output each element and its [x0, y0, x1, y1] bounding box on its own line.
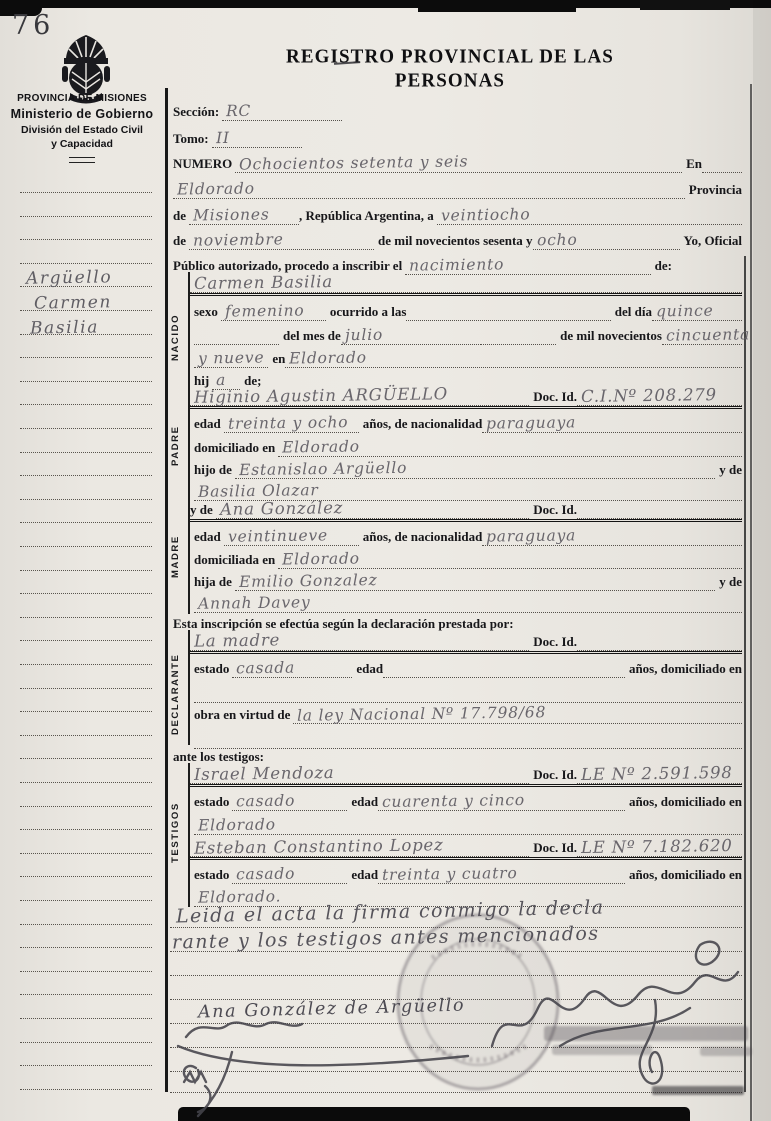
madre-edad-field: veintinueve — [224, 528, 359, 546]
domiciliado-label: domiciliado en — [194, 440, 278, 457]
letterhead-province: PROVINCIA DE MISIONES — [5, 93, 159, 104]
section-label-testigos: TESTIGOS — [170, 788, 187, 878]
margin-ruled-line — [20, 263, 152, 264]
de2-label: de — [173, 233, 189, 250]
abuelo-materno-field: Emilio Gonzalez — [235, 573, 715, 591]
padre-nacionalidad-field: paraguaya — [482, 415, 742, 433]
margin-ruled-line — [20, 688, 152, 689]
numero-field: Ochocientos setenta y seis — [235, 155, 682, 173]
mes-label: del mes de — [279, 328, 341, 345]
margin-ruled-line — [20, 1089, 152, 1090]
blank-field — [194, 344, 279, 345]
edad-label: edad — [352, 661, 383, 678]
estado-value: casada — [232, 660, 299, 677]
section-label-declarante: DECLARANTE — [170, 648, 187, 740]
madre-domicilio-field: Eldorado — [278, 551, 742, 569]
hora-field — [406, 320, 610, 321]
nombre-value: Carmen Basilia — [190, 274, 337, 292]
docid-label: Doc. Id. — [529, 389, 577, 406]
testigo1-estado-field: casado — [232, 793, 347, 811]
mes-value: noviembre — [189, 231, 288, 248]
blank-field — [481, 344, 556, 345]
testigo2-estado-value: casado — [232, 866, 299, 883]
margin-ruled-line — [20, 499, 152, 500]
row-madre-domicilio: domiciliada en Eldorado — [194, 548, 742, 569]
estado-label: estado — [194, 794, 232, 811]
row-nacido-nombre: Carmen Basilia — [190, 272, 742, 296]
tomo-field: II — [212, 130, 302, 148]
testigo1-docid-field: LE Nº 2.591.598 — [577, 766, 742, 784]
seccion-value: RC — [222, 103, 255, 119]
abuela-materna-value: Annah Davey — [194, 594, 315, 612]
numero-label: NUMERO — [173, 156, 235, 173]
dia-value: veintiocho — [437, 206, 535, 223]
numero-value: Ochocientos setenta y seis — [235, 153, 473, 172]
margin-ruled-line — [20, 1018, 152, 1019]
docid-label: Doc. Id. — [529, 634, 577, 651]
letterhead-separator — [69, 157, 95, 163]
madre-nacionalidad-field: paraguaya — [482, 528, 742, 546]
dia-field: quince — [652, 303, 742, 321]
letterhead: PROVINCIA DE MISIONES Ministerio de Gobi… — [5, 93, 159, 163]
abuelo-materno-value: Emilio Gonzalez — [235, 572, 382, 590]
lugar-field: Eldorado — [285, 350, 742, 368]
dia-field: veintiocho — [437, 207, 742, 225]
row-madre-edad: edad veintinueve años, de nacionalidad p… — [194, 525, 742, 546]
anio-value: ocho — [532, 232, 581, 249]
row-provincia: de Misiones , República Argentina, a vei… — [173, 204, 742, 225]
provincia-field: Misiones — [189, 207, 299, 225]
row-sexo: sexo femenino ocurrido a las del día qui… — [194, 300, 742, 321]
margin-ruled-line — [20, 617, 152, 618]
novecientos-label: de mil novecientos sesenta y — [374, 233, 533, 250]
margin-ruled-line — [20, 806, 152, 807]
estado-label: estado — [194, 661, 232, 678]
mes-field: julio — [341, 327, 481, 345]
lugar-value: Eldorado — [285, 349, 371, 366]
section-label-madre: MADRE — [170, 523, 187, 591]
row-declarante: La madre Doc. Id. — [190, 630, 742, 654]
margin-ruled-line — [20, 475, 152, 476]
edad-field — [383, 677, 625, 678]
row-madre-abuela: Annah Davey — [194, 592, 742, 613]
anios-domiciliado-label: años, domiciliado en — [625, 867, 742, 884]
margin-ruled-line — [20, 876, 152, 877]
margin-ruled-line — [20, 758, 152, 759]
de-label: de — [173, 208, 189, 225]
scan-blot — [640, 0, 730, 10]
margin-ruled-line — [20, 924, 152, 925]
en-field — [702, 172, 742, 173]
margin-ruled-line — [20, 994, 152, 995]
margin-ruled-line — [20, 782, 152, 783]
margin-ruled-line — [20, 216, 152, 217]
testigo1-domicilio-value: Eldorado — [194, 816, 280, 833]
row-fecha: de noviembre de mil novecientos sesenta … — [173, 229, 742, 250]
padre-nacionalidad-value: paraguaya — [482, 414, 580, 431]
padre-docid-value: C.I.Nº 208.279 — [577, 387, 721, 405]
edad-label: edad — [347, 867, 378, 884]
margin-surname: Argüello — [26, 267, 113, 289]
abuelo-paterno-value: Estanislao Argüello — [235, 460, 411, 478]
birth-certificate-scan: 76 REGISTRO PROVINCIAL DE LAS PERSONAS P… — [0, 0, 771, 1121]
docid-label: Doc. Id. — [529, 502, 577, 519]
hija-de-label: hija de — [194, 574, 235, 591]
row-testigo2-estado: estado casado edad treinta y cuatro años… — [194, 863, 742, 884]
row-madre-nombre: y de Ana González Doc. Id. — [190, 498, 742, 522]
margin-ruled-line — [20, 570, 152, 571]
abuela-materna-field: Annah Davey — [194, 595, 742, 613]
dia-value: quince — [652, 303, 718, 320]
ocurrido-label: ocurrido a las — [326, 304, 407, 321]
testigo2-docid-field: LE Nº 7.182.620 — [577, 839, 742, 857]
anio-field: cincuenta — [662, 327, 742, 345]
row-testigo1-estado: estado casado edad cuarenta y cinco años… — [194, 790, 742, 811]
provincia-label: Provincia — [685, 182, 742, 199]
edad-label: edad — [194, 416, 224, 433]
row-padre-edad: edad treinta y ocho años, de nacionalida… — [194, 412, 742, 433]
row-tomo: Tomo: II — [173, 127, 742, 148]
declarante-value: La madre — [190, 632, 284, 649]
scan-edge-right — [753, 0, 771, 1121]
form-divider-line — [165, 88, 168, 1092]
margin-ruled-line — [20, 381, 152, 382]
padre-nombre-value: Higinio Agustin ARGÜELLO — [190, 386, 452, 406]
y-de-label: y de — [715, 574, 742, 591]
docid-label: Doc. Id. — [529, 840, 577, 857]
en-label: En — [682, 156, 702, 173]
anio-value: cincuenta — [662, 326, 754, 343]
anios-domiciliado-label: años, domiciliado en — [625, 794, 742, 811]
margin-ruled-line — [20, 452, 152, 453]
norma-field: la ley Nacional Nº 17.798/68 — [293, 706, 742, 724]
madre-nombre-value: Ana González — [216, 500, 347, 518]
tomo-label: Tomo: — [173, 131, 212, 148]
obra-label: obra en virtud de — [194, 707, 293, 724]
testigo2-docid-value: LE Nº 7.182.620 — [577, 838, 737, 856]
margin-ruled-line — [20, 640, 152, 641]
margin-ruled-line — [20, 829, 152, 830]
lugar-field: Eldorado — [173, 181, 685, 199]
testigo1-docid-value: LE Nº 2.591.598 — [577, 765, 737, 783]
seccion-label: Sección: — [173, 104, 222, 121]
declarante-field: La madre — [190, 633, 529, 651]
margin-ruled-line — [20, 192, 152, 193]
madre-nacionalidad-value: paraguaya — [482, 527, 580, 544]
testigo1-edad-value: cuarenta y cinco — [378, 792, 529, 810]
hijo-de-label: hijo de — [194, 462, 235, 479]
padre-edad-field: treinta y ocho — [224, 415, 359, 433]
padre-domicilio-value: Eldorado — [278, 438, 364, 455]
margin-ruled-line — [20, 1065, 152, 1066]
tomo-value: II — [212, 130, 234, 146]
padre-nombre-field: Higinio Agustin ARGÜELLO — [190, 388, 529, 406]
anio-field: ocho — [533, 232, 680, 250]
row-testigo2: Esteban Constantino Lopez Doc. Id. LE Nº… — [190, 836, 742, 860]
madre-edad-value: veintinueve — [224, 527, 332, 545]
declarante-docid-field — [577, 650, 742, 651]
testigo2-edad-value: treinta y cuatro — [378, 865, 522, 883]
row-blank — [194, 682, 742, 703]
margin-firstname: Carmen — [34, 292, 112, 313]
anios-domiciliado-label: años, domiciliado en — [625, 661, 742, 678]
row-padre-abuelo: hijo de Estanislao Argüello y de — [194, 458, 742, 479]
testigo1-estado-value: casado — [232, 793, 299, 810]
margin-ruled-line — [20, 735, 152, 736]
sexo-field: femenino — [221, 303, 326, 321]
edad-label: edad — [194, 529, 224, 546]
page-number: 76 — [12, 10, 54, 41]
margin-ruled-line — [20, 900, 152, 901]
margin-ruled-line — [20, 522, 152, 523]
margin-ruled-line — [20, 357, 152, 358]
sexo-value: femenino — [221, 302, 309, 319]
margin-ruled-line — [20, 428, 152, 429]
ruled-line — [170, 1023, 742, 1024]
margin-ruled-line — [20, 971, 152, 972]
republica-label: , República Argentina, a — [299, 208, 437, 225]
row-padre-nombre: Higinio Agustin ARGÜELLO Doc. Id. C.I.Nº… — [190, 385, 742, 409]
row-mes: del mes de julio de mil novecientos cinc… — [194, 324, 742, 345]
margin-ruled-line — [20, 853, 152, 854]
y-de-label: y de — [190, 502, 216, 519]
testigo1-nombre-value: Israel Mendoza — [190, 765, 339, 783]
testigo1-nombre-field: Israel Mendoza — [190, 766, 529, 784]
testigo2-estado-field: casado — [232, 866, 347, 884]
norma-value: la ley Nacional Nº 17.798/68 — [293, 704, 550, 724]
page-title: REGISTRO PROVINCIAL DE LAS PERSONAS — [248, 45, 652, 93]
testigo2-nombre-value: Esteban Constantino Lopez — [190, 837, 448, 857]
row-lugar: Eldorado Provincia — [173, 178, 742, 199]
row-seccion: Sección: RC — [173, 100, 742, 121]
testigo2-nombre-field: Esteban Constantino Lopez — [190, 839, 529, 857]
section-label-nacido: NACIDO — [170, 295, 187, 379]
margin-ruled-line — [20, 1042, 152, 1043]
row-declarante-estado: estado casada edad años, domiciliado en — [194, 657, 742, 678]
margin-ruled-line — [20, 947, 152, 948]
mes-field: noviembre — [189, 232, 374, 250]
letterhead-division2: y Capacidad — [5, 138, 159, 150]
nombre-field: Carmen Basilia — [190, 275, 742, 293]
provincia-value: Misiones — [189, 206, 274, 223]
docid-label: Doc. Id. — [529, 767, 577, 784]
margin-ruled-line — [20, 546, 152, 547]
margin-ruled-line — [20, 664, 152, 665]
margin-ruled-line — [20, 239, 152, 240]
padre-domicilio-field: Eldorado — [278, 439, 742, 457]
anio2-value: y nueve — [194, 349, 269, 366]
margin-ruled-line — [20, 711, 152, 712]
row-padre-domicilio: domiciliado en Eldorado — [194, 436, 742, 457]
edad-label: edad — [347, 794, 378, 811]
letterhead-ministry: Ministerio de Gobierno — [5, 107, 159, 121]
scan-blot — [418, 0, 576, 12]
margin-ruled-line — [20, 404, 152, 405]
y-de-label: y de — [715, 462, 742, 479]
margin-middlename: Basilia — [30, 317, 99, 338]
testigo2-edad-field: treinta y cuatro — [378, 866, 625, 884]
row-numero: NUMERO Ochocientos setenta y seis En — [173, 152, 742, 173]
scan-edge-bottom — [178, 1107, 690, 1121]
testigo1-domicilio-field: Eldorado — [194, 817, 742, 835]
ruled-line — [170, 1092, 742, 1093]
novecientos-label: de mil novecientos — [556, 328, 662, 345]
madre-docid-field — [577, 518, 742, 519]
mes-value: julio — [341, 327, 387, 344]
padre-docid-field: C.I.Nº 208.279 — [577, 388, 742, 406]
row-lugar-nac: y nueve en Eldorado — [194, 347, 742, 368]
letterhead-division: División del Estado Civil — [5, 124, 159, 136]
ruled-line — [170, 1047, 742, 1048]
abuelo-paterno-field: Estanislao Argüello — [235, 461, 715, 479]
row-testigo1-domicilio: Eldorado — [194, 814, 742, 835]
form-right-rule — [744, 256, 746, 1092]
ruled-line — [170, 975, 742, 976]
testigo1-edad-field: cuarenta y cinco — [378, 793, 625, 811]
page-edge-line — [750, 84, 752, 1121]
en-label: en — [268, 351, 285, 368]
madre-domicilio-value: Eldorado — [278, 550, 364, 567]
row-obra: obra en virtud de la ley Nacional Nº 17.… — [194, 703, 742, 724]
madre-nombre-field: Ana González — [216, 501, 530, 519]
nacionalidad-label: años, de nacionalidad — [359, 529, 483, 546]
estado-field: casada — [232, 660, 352, 678]
estado-label: estado — [194, 867, 232, 884]
seccion-field: RC — [222, 103, 342, 121]
yo-oficial-label: Yo, Oficial — [680, 233, 743, 250]
row-testigo1: Israel Mendoza Doc. Id. LE Nº 2.591.598 — [190, 763, 742, 787]
lugar-value: Eldorado — [173, 180, 259, 197]
ruled-line — [170, 1071, 742, 1072]
domiciliada-label: domiciliada en — [194, 552, 278, 569]
section-label-padre: PADRE — [170, 410, 187, 482]
anio2-field: y nueve — [194, 350, 268, 368]
row-madre-abuelo: hija de Emilio Gonzalez y de — [194, 570, 742, 591]
nacionalidad-label: años, de nacionalidad — [359, 416, 483, 433]
dia-label: del día — [611, 304, 652, 321]
padre-edad-value: treinta y ocho — [224, 414, 353, 432]
margin-ruled-line — [20, 593, 152, 594]
sexo-label: sexo — [194, 304, 221, 321]
